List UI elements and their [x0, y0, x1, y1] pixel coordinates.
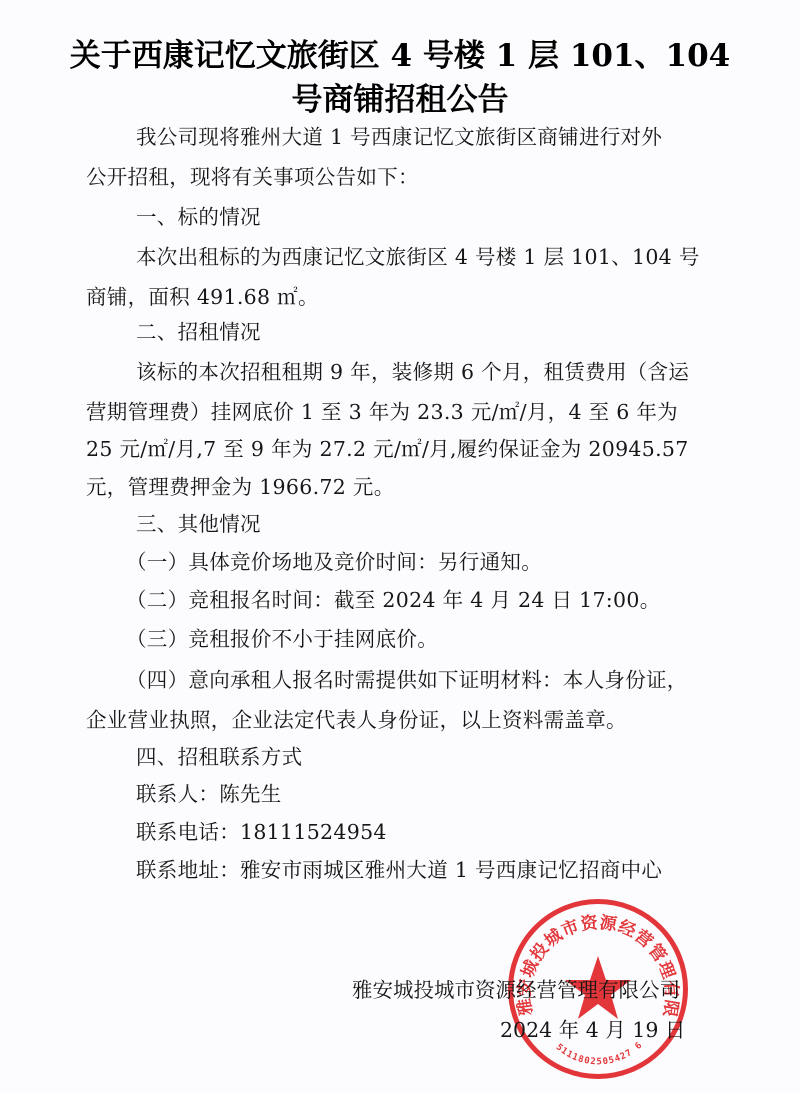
section-3-item-3: （三）竞租报价不小于挂网底价。: [126, 622, 438, 652]
section-1-line-1: 本次出租标的为西康记忆文旅街区 4 号楼 1 层 101、104 号: [136, 240, 700, 270]
section-1-heading: 一、标的情况: [136, 200, 261, 230]
section-2-line-3: 25 元/㎡/月,7 至 9 年为 27.2 元/㎡/月,履约保证金为 2094…: [86, 432, 689, 462]
section-3-item-2: （二）竞租报名时间：截至 2024 年 4 月 24 日 17:00。: [126, 583, 661, 613]
signature-company: 雅安城投城市资源经营管理有限公司: [352, 973, 680, 1003]
document-page: 关于西康记忆文旅街区 4 号楼 1 层 101、104 号商铺招租公告 我公司现…: [0, 0, 800, 1093]
section-3-item-1: （一）具体竞价场地及竞价时间：另行通知。: [126, 545, 542, 575]
contact-address: 联系地址：雅安市雨城区雅州大道 1 号西康记忆招商中心: [136, 853, 662, 883]
contact-phone: 联系电话：18111524954: [136, 815, 387, 845]
intro-line-1: 我公司现将雅州大道 1 号西康记忆文旅街区商铺进行对外: [136, 120, 662, 150]
signature-date: 2024 年 4 月 19 日: [500, 1013, 685, 1043]
section-3-item-4-line-1: （四）意向承租人报名时需提供如下证明材料：本人身份证，: [126, 663, 688, 693]
section-3-heading: 三、其他情况: [136, 507, 261, 537]
contact-person: 联系人：陈先生: [136, 777, 282, 807]
section-2-line-4: 元，管理费押金为 1966.72 元。: [86, 470, 395, 500]
section-2-line-2: 营期管理费）挂网底价 1 至 3 年为 23.3 元/㎡/月，4 至 6 年为: [86, 395, 678, 425]
document-title-line-2: 号商铺招租公告: [0, 74, 800, 119]
section-3-item-4-line-2: 企业营业执照，企业法定代表人身份证，以上资料需盖章。: [86, 703, 627, 733]
document-title-line-1: 关于西康记忆文旅街区 4 号楼 1 层 101、104: [0, 30, 800, 75]
svg-text:5111802505427 6: 5111802505427 6: [554, 1040, 645, 1067]
section-4-heading: 四、招租联系方式: [136, 740, 302, 770]
intro-line-2: 公开招租，现将有关事项公告如下：: [86, 160, 419, 190]
section-1-line-2: 商铺，面积 491.68 ㎡。: [86, 280, 319, 310]
seal-code: 5111802505427 6: [554, 1040, 645, 1067]
section-2-line-1: 该标的本次招租租期 9 年，装修期 6 个月，租赁费用（含运: [136, 355, 689, 385]
section-2-heading: 二、招租情况: [136, 315, 261, 345]
